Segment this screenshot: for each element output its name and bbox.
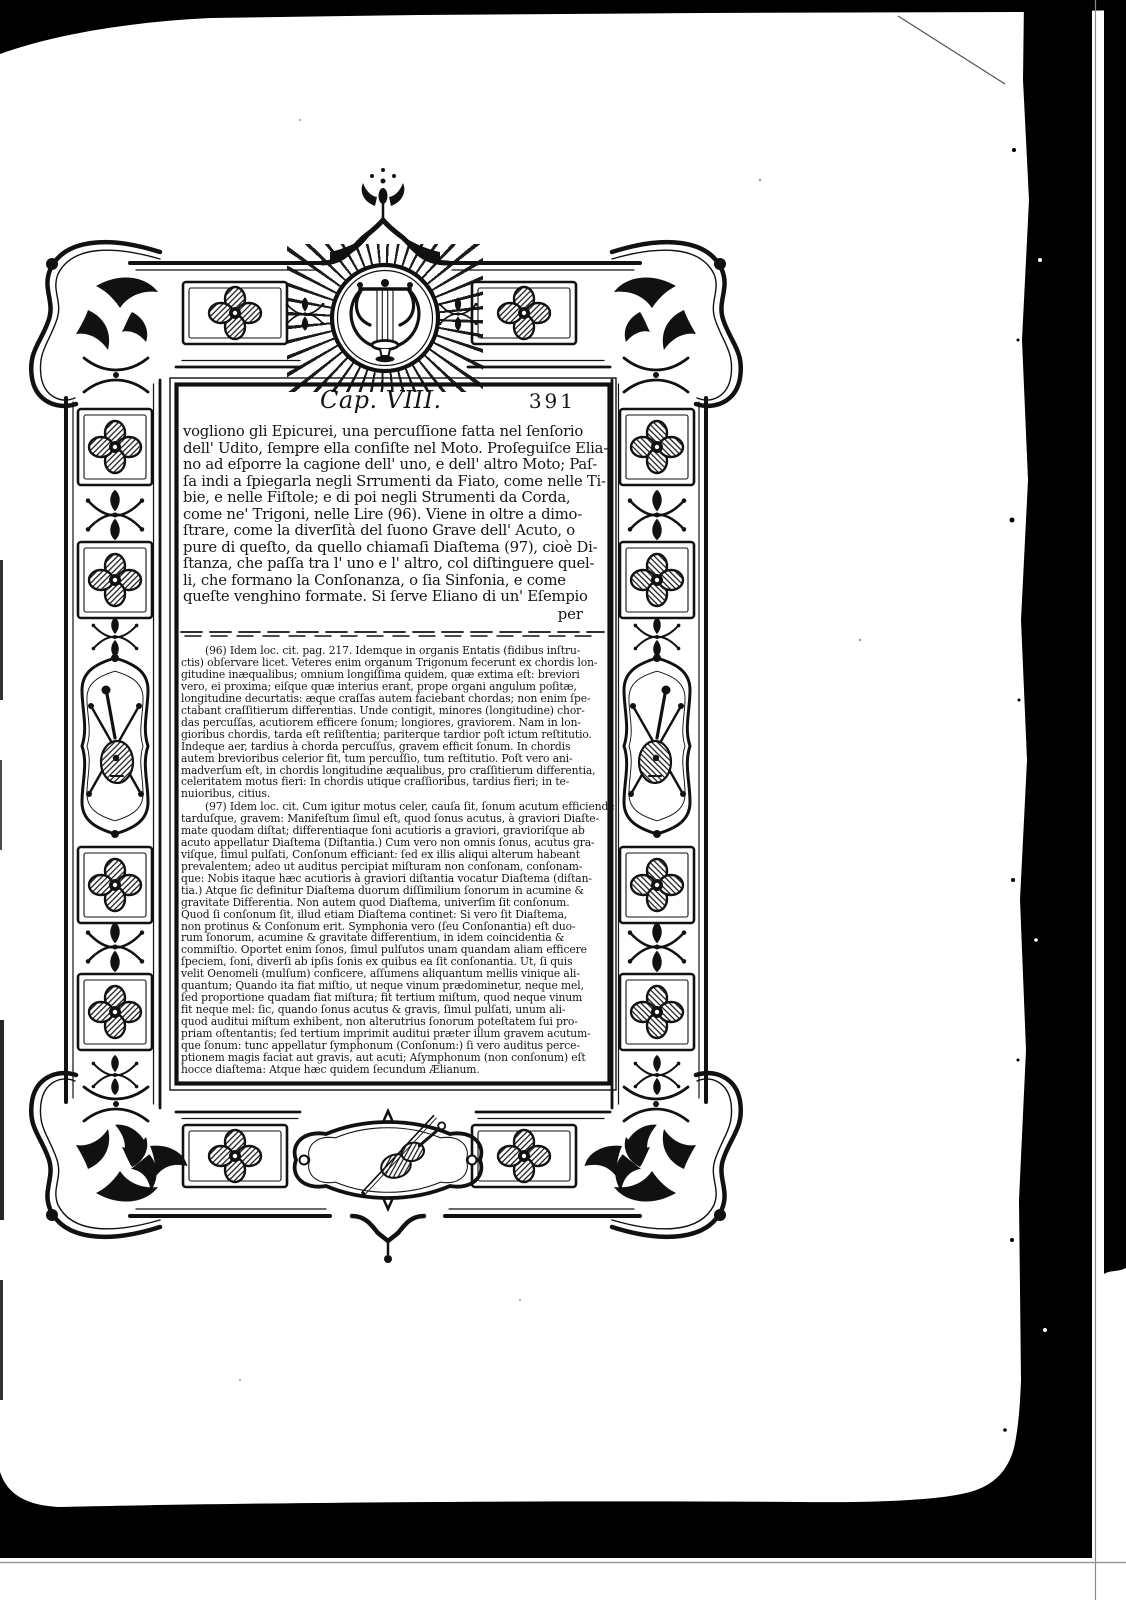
chapter-title: Cap. VIII. xyxy=(320,386,442,414)
footnote-separator xyxy=(181,632,604,636)
scanned-book-page: { "document": { "header": { "chapter_tit… xyxy=(0,0,1126,1600)
palmette-finial-icon xyxy=(322,168,448,263)
catchword: per xyxy=(183,606,583,623)
pendant-drop-ornament xyxy=(352,1216,424,1263)
page-header: Cap. VIII. 391 xyxy=(176,386,610,420)
main-text: vogliono gli Epicurei, una percuſſione f… xyxy=(183,424,609,606)
violin-icon xyxy=(295,1111,482,1209)
footnote-96: (96) Idem loc. cit. pag. 217. Idemque in… xyxy=(181,645,611,800)
lyre-icon xyxy=(332,265,438,371)
page-number: 391 xyxy=(529,389,576,413)
footnote-97: (97) Idem loc. cit. Cum igitur motus cel… xyxy=(181,801,611,1076)
